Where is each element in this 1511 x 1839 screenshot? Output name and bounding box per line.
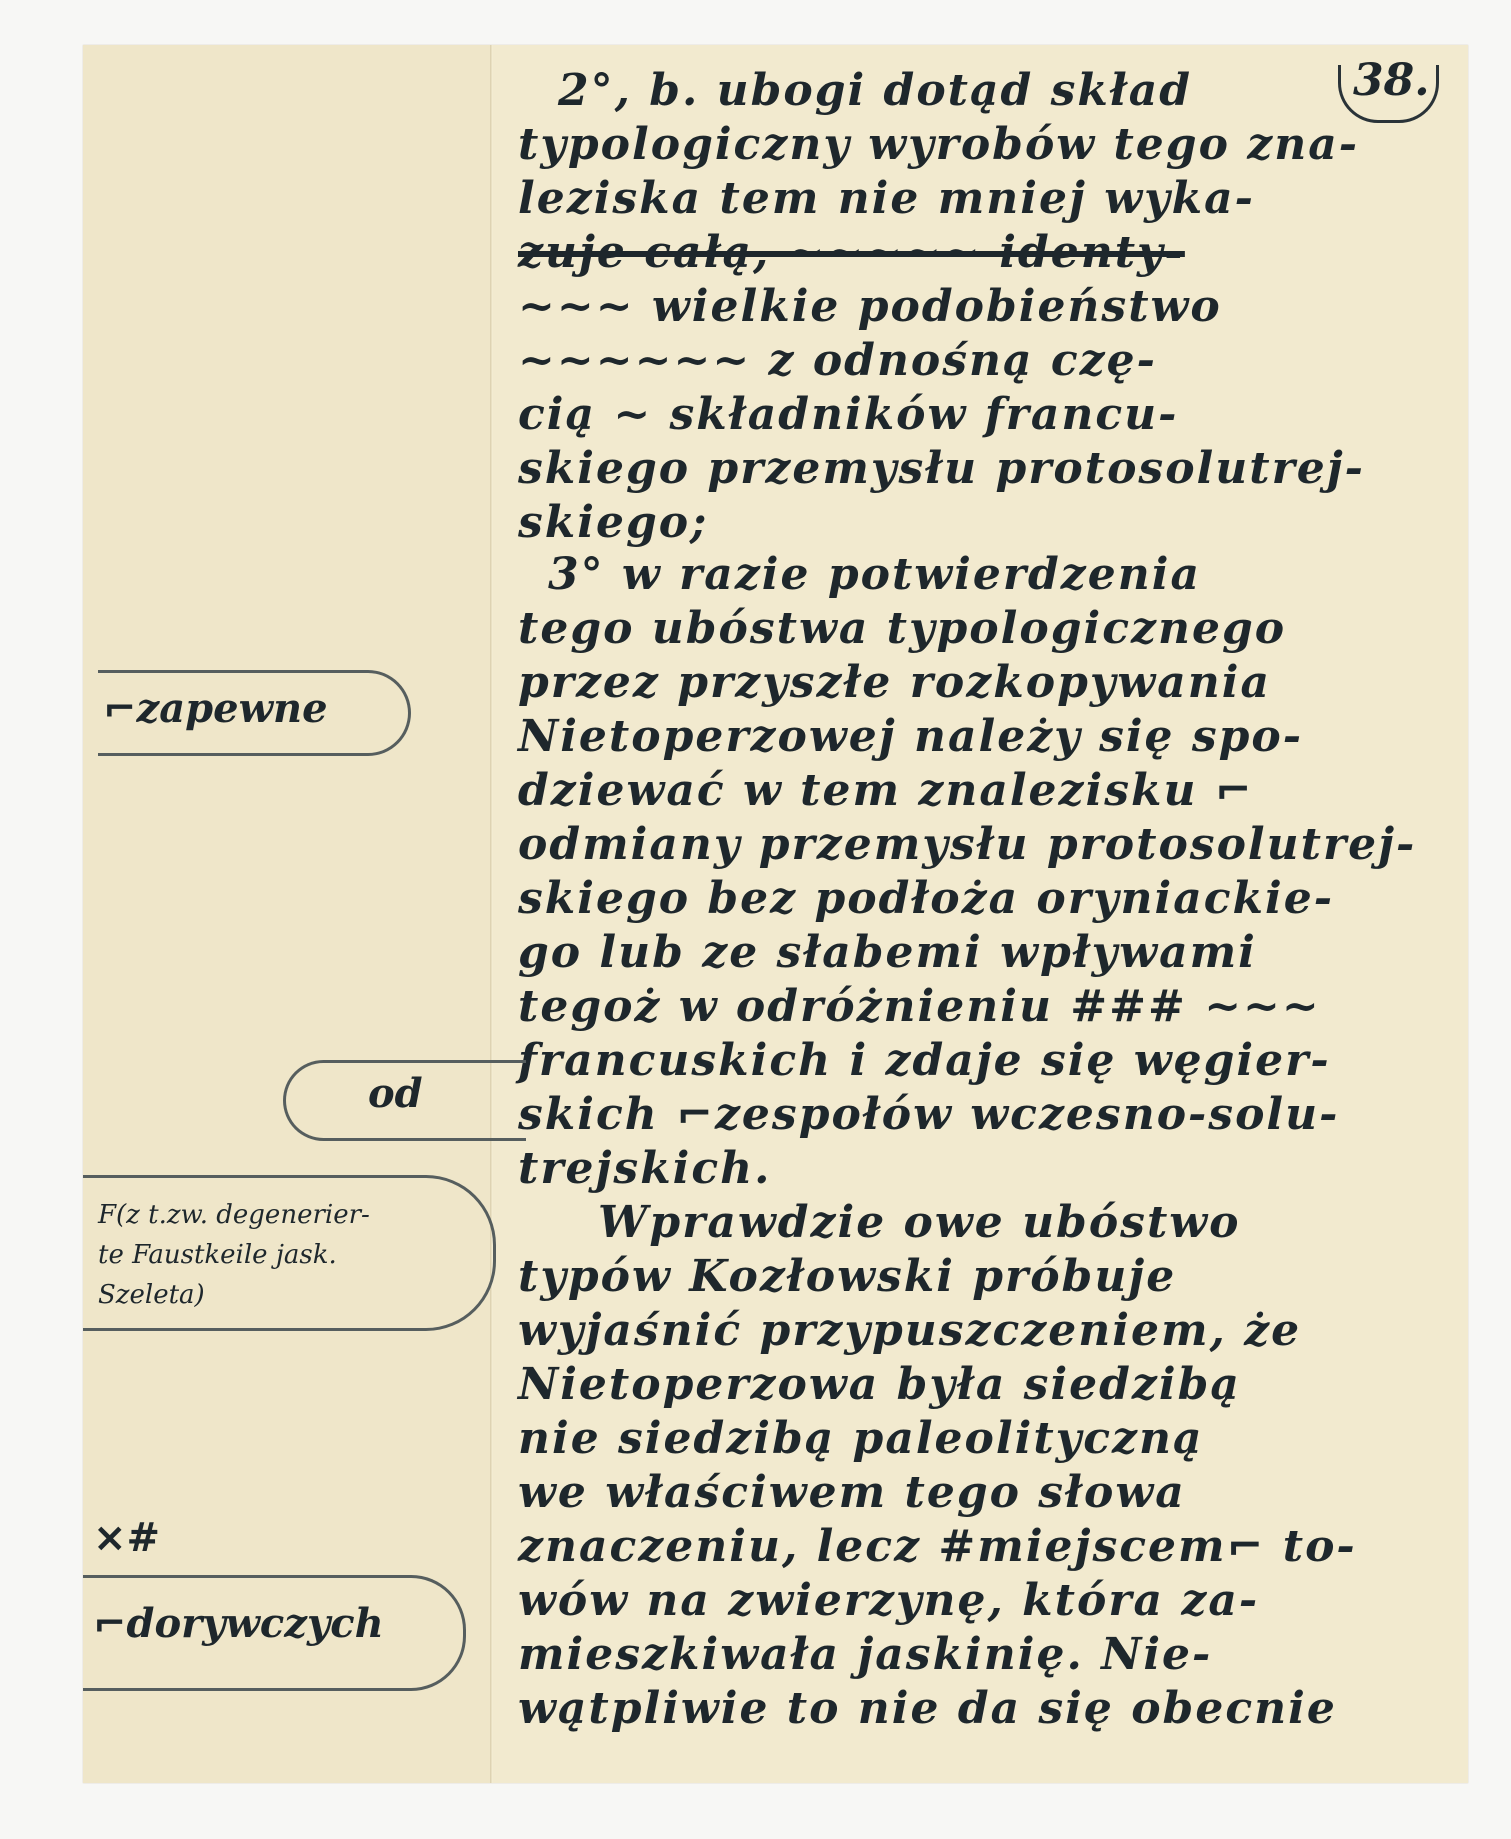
text-line: Nietoperzowa była siedzibą — [518, 1359, 1241, 1410]
text-line: Wprawdzie owe ubóstwo — [598, 1197, 1241, 1248]
text-line: trejskich. — [518, 1143, 772, 1194]
paper-fold-crease — [490, 45, 493, 1783]
text-line: odmiany przemysłu protosolutrej- — [518, 819, 1416, 870]
text-line: francuskich i zdaje się węgier- — [518, 1035, 1331, 1086]
manuscript-page: 38. 2°, b. ubogi dotąd skład typologiczn… — [83, 45, 1468, 1783]
text-line: nie siedzibą paleolityczną — [518, 1413, 1204, 1464]
text-line: go lub ze słabemi wpływami — [518, 927, 1257, 978]
text-line: tego ubóstwa typologicznego — [518, 603, 1286, 654]
text-line: dziewać w tem znalezisku ⌐ — [518, 765, 1254, 816]
text-line: mieszkiwała jaskinię. Nie- — [518, 1629, 1212, 1680]
text-line: typologiczny wyrobów tego zna- — [518, 119, 1359, 170]
margin-note-degenerierte: F(z t.zw. degenerier- te Faustkeile jask… — [98, 1195, 370, 1315]
margin-note-line: F(z t.zw. degenerier- — [98, 1195, 370, 1235]
text-line: skiego bez podłoża oryniackie- — [518, 873, 1334, 924]
text-line: wątpliwie to nie da się obecnie — [518, 1683, 1337, 1734]
text-line: Nietoperzowej należy się spo- — [518, 711, 1303, 762]
page-number: 38. — [1353, 55, 1430, 106]
margin-note-od: od — [368, 1070, 423, 1117]
text-line: ~~~~~~ z odnośną czę- — [518, 335, 1157, 386]
text-line: cią ~ składników francu- — [518, 389, 1178, 440]
text-line: wów na zwierzynę, która za- — [518, 1575, 1259, 1626]
margin-note-zapewne: ⌐zapewne — [103, 685, 328, 732]
text-line-struck: zuje całą, ~~~~~ identy- — [518, 227, 1185, 278]
text-line: we właściwem tego słowa — [518, 1467, 1186, 1518]
margin-note-line: te Faustkeile jask. — [98, 1235, 370, 1275]
text-line: tegoż w odróżnieniu ### ~~~ — [518, 981, 1321, 1032]
margin-note-line: Szeleta) — [98, 1275, 370, 1315]
text-line: leziska tem nie mniej wyka- — [518, 173, 1255, 224]
insertion-mark-icon: ×# — [93, 1515, 160, 1561]
text-line: skiego przemysłu protosolutrej- — [518, 443, 1365, 494]
text-line: 3° w razie potwierdzenia — [548, 549, 1201, 600]
margin-note-dorywczych: ⌐dorywczych — [93, 1600, 384, 1647]
text-line: ~~~ wielkie podobieństwo — [518, 281, 1222, 332]
text-line: 2°, b. ubogi dotąd skład — [558, 65, 1192, 116]
text-line: wyjaśnić przypuszczeniem, że — [518, 1305, 1301, 1356]
text-line: skiego; — [518, 497, 708, 548]
text-line: znaczeniu, lecz #miejscem⌐ to- — [518, 1521, 1357, 1572]
text-line: przez przyszłe rozkopywania — [518, 657, 1271, 708]
text-line: typów Kozłowski próbuje — [518, 1251, 1176, 1302]
text-line: skich ⌐zespołów wczesno-solu- — [518, 1089, 1339, 1140]
